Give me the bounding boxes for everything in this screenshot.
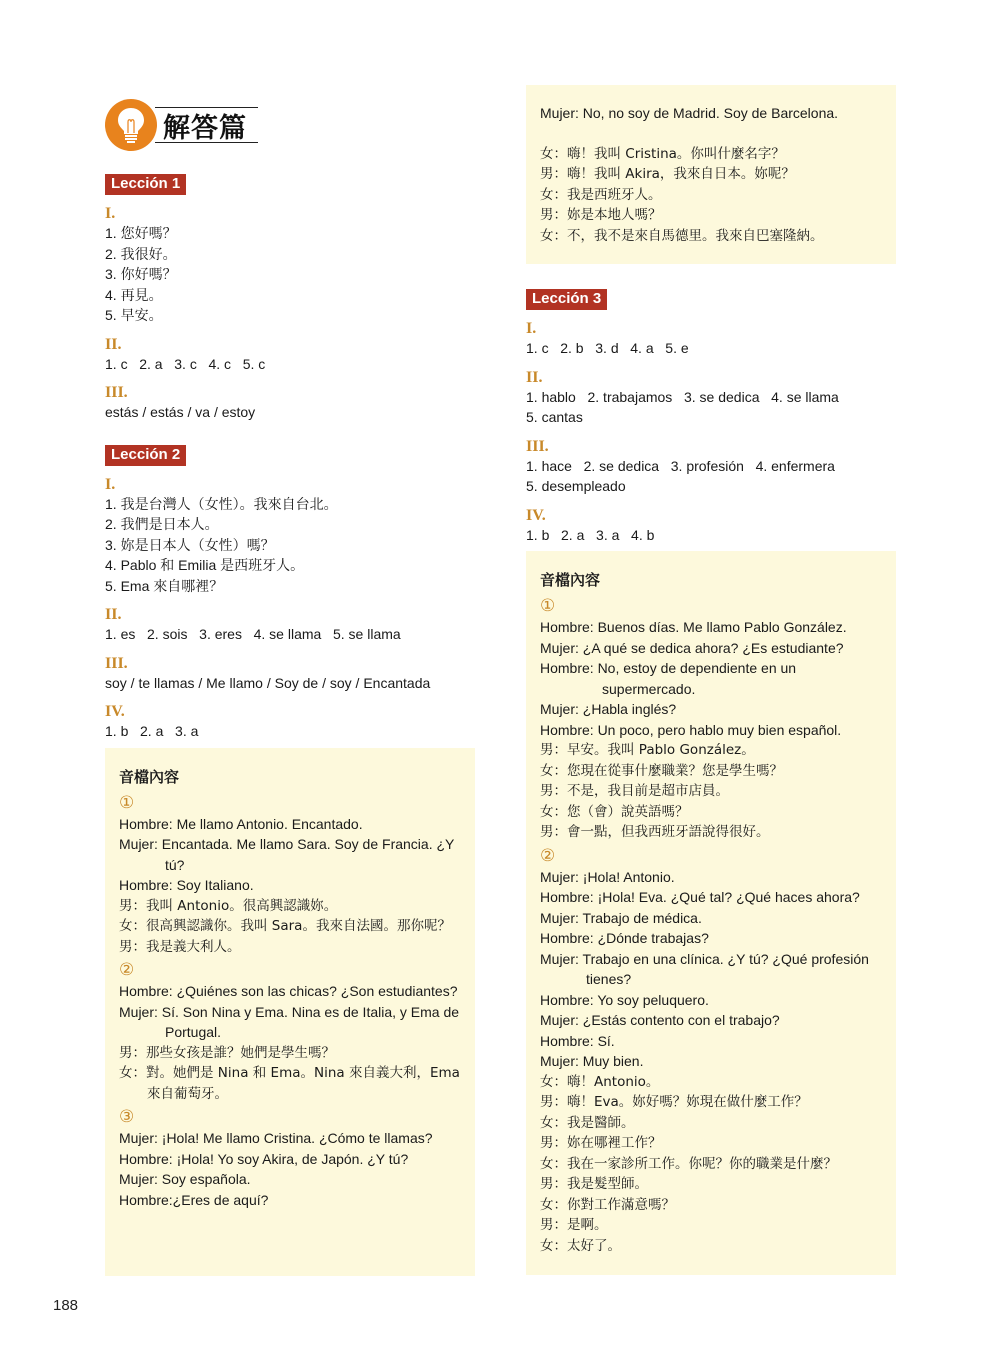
page-number: 188 [53,1297,78,1314]
lesson-badge: Lección 2 [105,445,186,466]
audio-transcript-box: 音檔內容 ① Hombre: Me llamo Antonio. Encanta… [105,748,475,1276]
dialogue-translation: 男：會一點，但我西班牙語說得很好。 [540,822,882,843]
dialogue-line: Mujer: ¡Hola! Antonio. [540,867,882,888]
dialogue-translation: 男：妳在哪裡工作？ [540,1133,882,1154]
dialogue-line: Mujer: Muy bien. [540,1051,882,1072]
dialogue-line: Hombre: ¿Dónde trabajas? [540,928,882,949]
page-header: 解答篇 [105,100,475,150]
answer-line: 1. hablo 2. trabajamos 3. se dedica 4. s… [526,387,896,408]
dialogue-line: Hombre: No, estoy de dependiente en un s… [540,658,882,699]
answer-line: 1. es 2. sois 3. eres 4. se llama 5. se … [105,624,475,645]
header-title-frame: 解答篇 [155,107,258,143]
dialogue-translation: 男：嗨！我叫 Akira，我來自日本。妳呢？ [540,164,882,185]
answer-line: 1. 您好嗎？ [105,223,475,244]
dialogue-translation: 男：我是義大利人。 [119,937,461,958]
section-numeral: IV. [105,703,475,721]
lesson-2: Lección 2 I. 1. 我是台灣人（女性）。我來自台北。 2. 我們是日… [105,445,475,742]
dialogue-translation: 女：您（會）說英語嗎？ [540,802,882,823]
answer-line: 1. hace 2. se dedica 3. profesión 4. enf… [526,456,896,477]
dialogue-line: Hombre: Soy Italiano. [119,875,461,896]
dialogue-line: Mujer: Trabajo de médica. [540,908,882,929]
dialogue-line: Mujer: ¿Estás contento con el trabajo? [540,1010,882,1031]
left-column: 解答篇 Lección 1 I. 1. 您好嗎？ 2. 我很好。 3. 你好嗎？… [105,100,475,1276]
dialogue-translation: 女：我是西班牙人。 [540,185,882,206]
dialogue-translation: 女：嗨！Antonio。 [540,1072,882,1093]
dialogue-translation: 男：不是，我目前是超市店員。 [540,781,882,802]
dialogue-line: Hombre: ¡Hola! Eva. ¿Qué tal? ¿Qué haces… [540,887,882,908]
answer-line: 2. 我們是日本人。 [105,514,475,535]
answer-line: 5. desempleado [526,476,896,497]
section-numeral: II. [105,606,475,624]
dialogue-number: ② [540,845,882,867]
page-title: 解答篇 [163,106,247,145]
dialogue-translation: 女：不，我不是來自馬德里。我來自巴塞隆納。 [540,226,882,247]
dialogue-translation: 女：你對工作滿意嗎？ [540,1195,882,1216]
answer-line: 5. cantas [526,407,896,428]
dialogue-translation: 男：那些女孩是誰？她們是學生嗎？ [119,1043,461,1064]
dialogue-line: Mujer: ¿Habla inglés? [540,699,882,720]
answer-line: 1. 我是台灣人（女性）。我來自台北。 [105,494,475,515]
dialogue-translation: 男：嗨！Eva。妳好嗎？妳現在做什麼工作？ [540,1092,882,1113]
right-column: Mujer: No, no soy de Madrid. Soy de Barc… [526,85,896,1275]
dialogue-number: ② [119,959,461,981]
answer-line: estás / estás / va / estoy [105,402,475,423]
dialogue-number: ③ [119,1106,461,1128]
dialogue-line: Mujer: Encantada. Me llamo Sara. Soy de … [119,834,461,875]
dialogue-line: Hombre: ¡Hola! Yo soy Akira, de Japón. ¿… [119,1149,461,1170]
dialogue-line: Mujer: No, no soy de Madrid. Soy de Barc… [540,103,882,124]
dialogue-translation: 女：您現在從事什麼職業？您是學生嗎？ [540,761,882,782]
section-numeral: I. [526,320,896,338]
dialogue-translation: 女：很高興認識你。我叫 Sara。我來自法國。那你呢？ [119,916,461,937]
answer-line: 3. 妳是日本人（女性）嗎？ [105,535,475,556]
dialogue-number: ① [119,792,461,814]
dialogue-translation: 女：嗨！我叫 Cristina。你叫什麼名字？ [540,144,882,165]
dialogue-translation: 男：早安。我叫 Pablo González。 [540,740,882,761]
answer-line: 1. c 2. a 3. c 4. c 5. c [105,354,475,375]
section-numeral: III. [105,655,475,673]
dialogue-line: Mujer: ¡Hola! Me llamo Cristina. ¿Cómo t… [119,1128,461,1149]
lightbulb-icon [105,99,157,151]
lesson-badge: Lección 1 [105,174,186,195]
audio-transcript-continued: Mujer: No, no soy de Madrid. Soy de Barc… [526,85,896,264]
section-numeral: IV. [526,507,896,525]
dialogue-line: Hombre: Me llamo Antonio. Encantado. [119,814,461,835]
dialogue-line: Hombre: ¿Quiénes son las chicas? ¿Son es… [119,981,461,1002]
dialogue-translation: 男：妳是本地人嗎？ [540,205,882,226]
section-numeral: I. [105,476,475,494]
lesson-3: Lección 3 I. 1. c 2. b 3. d 4. a 5. e II… [526,289,896,545]
dialogue-line: Hombre: Un poco, pero hablo muy bien esp… [540,720,882,741]
answer-line: 1. b 2. a 3. a [105,721,475,742]
lesson-1: Lección 1 I. 1. 您好嗎？ 2. 我很好。 3. 你好嗎？ 4. … [105,174,475,423]
section-numeral: II. [526,369,896,387]
answer-line: 4. 再見。 [105,285,475,306]
dialogue-line: Mujer: ¿A qué se dedica ahora? ¿Es estud… [540,638,882,659]
dialogue-line: Hombre: Yo soy peluquero. [540,990,882,1011]
answer-line: 2. 我很好。 [105,244,475,265]
answer-line: 5. Ema 來自哪裡？ [105,576,475,597]
dialogue-translation: 女：我是醫師。 [540,1113,882,1134]
dialogue-translation: 男：我是髮型師。 [540,1174,882,1195]
answer-line: soy / te llamas / Me llamo / Soy de / so… [105,673,475,694]
dialogue-line: Hombre: Buenos días. Me llamo Pablo Gonz… [540,617,882,638]
dialogue-translation: 女：對。她們是 Nina 和 Ema。Nina 來自義大利，Ema 來自葡萄牙。 [119,1063,461,1104]
answer-line: 5. 早安。 [105,305,475,326]
answer-line: 1. b 2. a 3. a 4. b [526,525,896,546]
audio-title: 音檔內容 [540,569,882,591]
dialogue-number: ① [540,595,882,617]
section-numeral: III. [105,384,475,402]
answer-line: 4. Pablo 和 Emilia 是西班牙人。 [105,555,475,576]
section-numeral: II. [105,336,475,354]
answer-line: 1. c 2. b 3. d 4. a 5. e [526,338,896,359]
dialogue-line: Mujer: Sí. Son Nina y Ema. Nina es de It… [119,1002,461,1043]
dialogue-line: Hombre: Sí. [540,1031,882,1052]
section-numeral: I. [105,205,475,223]
dialogue-line: Mujer: Soy española. [119,1169,461,1190]
lesson-badge: Lección 3 [526,289,607,310]
dialogue-line: Hombre:¿Eres de aquí? [119,1190,461,1211]
dialogue-translation: 男：我叫 Antonio。很高興認識妳。 [119,896,461,917]
audio-transcript-box: 音檔內容 ① Hombre: Buenos días. Me llamo Pab… [526,551,896,1275]
dialogue-translation: 女：我在一家診所工作。你呢？你的職業是什麼？ [540,1154,882,1175]
audio-title: 音檔內容 [119,766,461,788]
answer-line: 3. 你好嗎？ [105,264,475,285]
dialogue-line: Mujer: Trabajo en una clínica. ¿Y tú? ¿Q… [540,949,882,990]
section-numeral: III. [526,438,896,456]
dialogue-translation: 男：是啊。 [540,1215,882,1236]
dialogue-translation: 女：太好了。 [540,1236,882,1257]
